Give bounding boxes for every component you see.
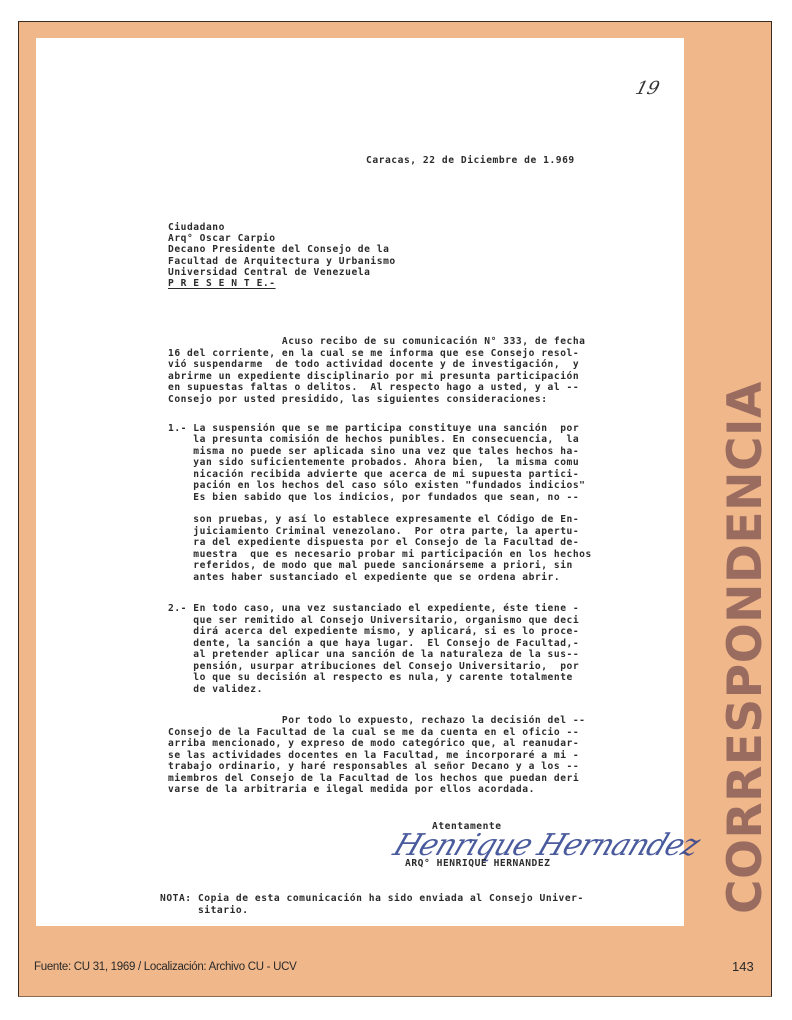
text-line: trabajo ordinario, y haré responsables a… bbox=[168, 761, 579, 772]
section-title: CORRESPONDENCIA bbox=[722, 381, 769, 914]
text-line: son pruebas, y así lo establece expresam… bbox=[168, 514, 579, 525]
text-line: miembros del Consejo de la Facultad de l… bbox=[168, 773, 579, 784]
text-line: nicación recibida advierte que acerca de… bbox=[168, 469, 579, 480]
text-line: ra del expediente dispuesta por el Conse… bbox=[168, 537, 579, 548]
text-line: referidos, de modo que mal puede sancion… bbox=[168, 560, 573, 571]
date-line: Caracas, 22 de Diciembre de 1.969 bbox=[366, 155, 575, 166]
addressee-line: Arq° Oscar Carpio bbox=[168, 233, 276, 244]
presente-line: P R E S E N T E.- bbox=[168, 278, 276, 289]
text-line: lo que su decisión al respecto es nula, … bbox=[168, 672, 573, 683]
text-line: que ser remitido al Consejo Universitari… bbox=[168, 615, 579, 626]
text-line: abrirme un expediente disciplinario por … bbox=[168, 371, 579, 382]
page-number: 143 bbox=[732, 959, 754, 974]
text-line: yan sido suficientemente probados. Ahora… bbox=[168, 457, 579, 468]
text-line: al pretender aplicar una sanción de la n… bbox=[168, 649, 579, 660]
text-line: Consejo por usted presidido, las siguien… bbox=[168, 394, 548, 405]
text-line: misma no puede ser aplicada sino una vez… bbox=[168, 446, 579, 457]
text-line: dirá acerca del expediente mismo, y apli… bbox=[168, 626, 579, 637]
text-line: juiciamiento Criminal venezolano. Por ot… bbox=[168, 526, 579, 537]
text-line: de validez. bbox=[168, 684, 263, 695]
text-line: sitario. bbox=[160, 905, 249, 916]
text-line: Consejo de la Facultad de la cual se me … bbox=[168, 727, 579, 738]
text-line: se las actividades docentes en la Facult… bbox=[168, 750, 579, 761]
text-line: la presunta comisión de hechos punibles.… bbox=[168, 434, 579, 445]
text-line: pensión, usurpar atribuciones del Consej… bbox=[168, 661, 579, 672]
text-line: 2.- En todo caso, una vez sustanciado el… bbox=[168, 603, 579, 614]
text-line: 16 del corriente, en la cual se me infor… bbox=[168, 348, 579, 359]
text-line: 1.- La suspensión que se me participa co… bbox=[168, 423, 579, 434]
footer-source: Fuente: CU 31, 1969 / Localización: Arch… bbox=[34, 961, 296, 973]
text-line: NOTA: Copia de esta comunicación ha sido… bbox=[160, 893, 584, 904]
text-line: dente, la sanción a que haya lugar. El C… bbox=[168, 638, 579, 649]
text-line: Acuso recibo de su comunicación N° 333, … bbox=[168, 336, 586, 347]
addressee-line: Universidad Central de Venezuela bbox=[168, 267, 370, 278]
text-line: varse de la arbitraria e ilegal medida p… bbox=[168, 784, 535, 795]
text-line: muestra que es necesario probar mi parti… bbox=[168, 549, 592, 560]
text-line: arriba mencionado, y expreso de modo cat… bbox=[168, 738, 579, 749]
text-line: vió suspendarme de todo actividad docent… bbox=[168, 359, 579, 370]
signer-name: ARQ° HENRIQUE HERNANDEZ bbox=[405, 858, 551, 869]
text-line: antes haber sustanciado el expediente qu… bbox=[168, 572, 560, 583]
addressee-line: Ciudadano bbox=[168, 222, 225, 233]
addressee-line: Decano Presidente del Consejo de la bbox=[168, 244, 389, 255]
text-line: Por todo lo expuesto, rechazo la decisió… bbox=[168, 715, 586, 726]
addressee-line: Facultad de Arquitectura y Urbanismo bbox=[168, 256, 396, 267]
text-line: en supuestas faltas o delitos. Al respec… bbox=[168, 382, 579, 393]
text-line: Es bien sabido que los indicios, por fun… bbox=[168, 492, 579, 503]
text-line: pación en los hechos del caso sólo exist… bbox=[168, 480, 586, 491]
